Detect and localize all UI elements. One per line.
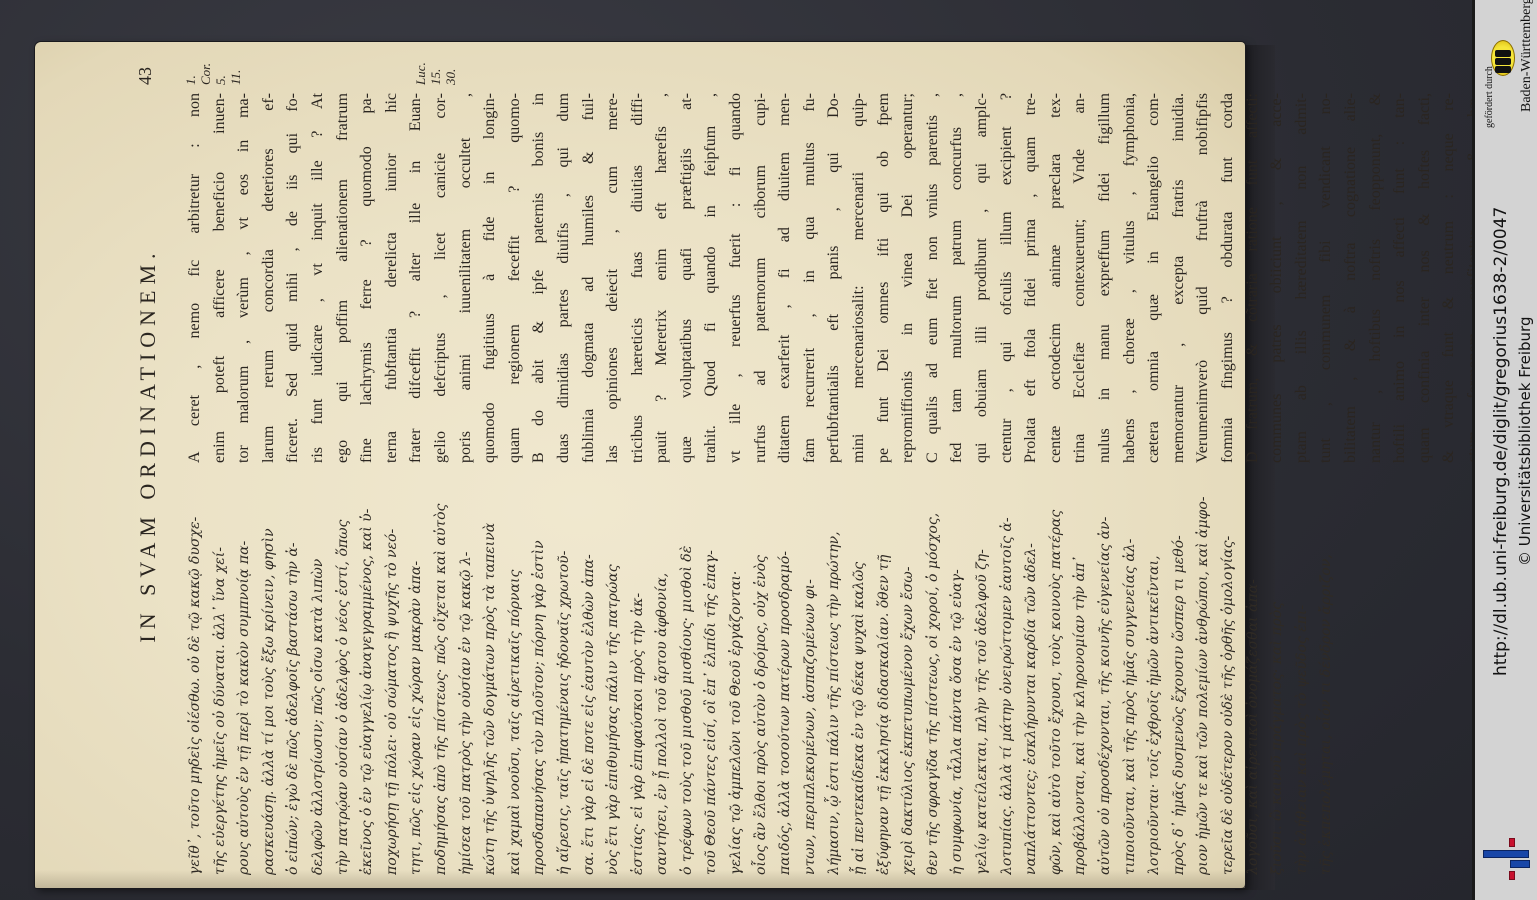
latin-text-line: enim poteft afficere beneficio inuen- — [208, 93, 233, 463]
greek-text-column: γεῖθ᾽, τοῦτο μηδεὶς οἰέσθω. οὐ δὲ τῷ κακ… — [183, 495, 1339, 875]
latin-text-line: quæ voluptatibus quafi præftigiis at- — [675, 93, 700, 463]
greek-text-line: ἑστίας· εἰ γὰρ ἐπιφαύσκοι πρὸς τὴν ἀκ- — [626, 495, 651, 875]
latin-text-column: A ceret , nemo fic arbitretur : nonenim … — [183, 93, 1537, 463]
greek-text-line: καὶ χαμαὶ νοοῦσι, ταῖς αἱρετικαῖς πόρναι… — [503, 495, 528, 875]
running-head: IN SVAM ORDINATIONEM. 43 — [135, 55, 169, 875]
latin-text-line: duas dimidias partes diuifis , qui dum — [552, 93, 577, 463]
latin-text-line: vt ille , reuerfus fuerit : fi quando — [724, 93, 749, 463]
greek-text-line: ὁ εἰπών; ἐγὼ δὲ πῶς ἀδελφοῖς βαστάσω τὴν… — [281, 495, 306, 875]
greek-text-line: σαντήσει, ἐν ᾗ πολλοὶ τοῦ ἄρτου ἀφθονία, — [650, 495, 675, 875]
latin-text-line: frater difceffit ? alter ille in Euan- — [404, 93, 429, 463]
latin-text-line: & vtraque funt & neutrum : neque re- — [1437, 93, 1462, 463]
greek-text-line: οἷος ἂν ἔλθοι πρὸς αὐτὸν ὁ δρόμος, οὐχ ἑ… — [749, 495, 774, 875]
latin-text-line: A ceret , nemo fic arbitretur : non — [183, 93, 208, 463]
greek-text-line: δελφῶν ἀλλοτρίωσιν; πῶς οἴσω κατὰ λιπὼν — [306, 495, 331, 875]
greek-text-line: ντων, περιπλεκομένων, ἀσπαζομένων φι- — [798, 495, 823, 875]
greek-text-line: προβάλλονται, καὶ τὴν κληρονομίαν τὴν ἀπ… — [1068, 495, 1093, 875]
latin-text-line: centæ octodecim animæ præclara tex- — [1044, 93, 1069, 463]
latin-text-line: tricibus hæreticis fuas diuitias diffi- — [626, 93, 651, 463]
latin-text-line: quam confinia inter nos & hoftes facti, — [1413, 93, 1438, 463]
funding-state-label: Baden-Württemberg — [1519, 0, 1535, 112]
latin-text-line: communes patres obiiciunt , & acce- — [1265, 93, 1290, 463]
latin-text-line: larum rerum concordia deteriores ef- — [257, 93, 282, 463]
latin-text-line: poris animi iuuenilitatem occultet , — [454, 93, 479, 463]
greek-text-line: πρὸς δ᾽ ἡμᾶς δυσμενῶς ἔχουσιν ὥσπερ τι μ… — [1167, 495, 1192, 875]
margin-note-luc: Luc. 15. 30. — [413, 55, 458, 85]
latin-text-line: las opiniones deiecit , cum mere- — [601, 93, 626, 463]
latin-text-line: fam recurrerit , in qua multus fu- — [798, 93, 823, 463]
latin-text-line: rurfus ad paternorum ciborum cupi- — [749, 93, 774, 463]
latin-text-line: tunt , communem fibi vendicant no- — [1314, 93, 1339, 463]
latin-text-line: fed tam multorum patrum concurfus , — [945, 93, 970, 463]
greek-text-line: λήμασιν, ᾧ ἐστι πάλιν τῆς πίστεως τὴν πρ… — [822, 495, 847, 875]
greek-text-line: γελίας τῷ ἀμπελῶνι τοῦ Θεοῦ ἐργάζονται· — [724, 495, 749, 875]
greek-text-line: τιποιοῦνται, καὶ τῆς πρὸς ἡμᾶς συγγενεία… — [1118, 495, 1143, 875]
greek-text-line: ρους αὐτοὺς ἐν τῇ περὶ τὸ κακὸν συμπνοίᾳ… — [232, 495, 257, 875]
greek-text-line: ἐξύφηναν τῇ ἐκκλησίᾳ διδασκαλίαν. ὅθεν τ… — [872, 495, 897, 875]
latin-text-line: habens , choreæ , vitulus , fymphonia, — [1118, 93, 1143, 463]
latin-text-line: repromiffionis in vinea Dei operantur; — [896, 93, 921, 463]
latin-text-line: ptam ab illis hæreditatem non admit- — [1290, 93, 1315, 463]
latin-text-line: pauit ? Meretrix enim eft hærefis , — [650, 93, 675, 463]
latin-text-line: Prolata eft ftola fidei prima , quam tre… — [1019, 93, 1044, 463]
greek-text-line: ἡ αἵρεσις, ταῖς ἡπατημέναις ἡδοναῖς χρωτ… — [552, 495, 577, 875]
latin-text-line: fublimia dogmata ad humiles & fuil- — [577, 93, 602, 463]
funding-label: gefördert durch — [1484, 66, 1495, 128]
greek-text-line: αὐτῶν οὐ προσδέχονται, τῆς κοινῆς εὐγενε… — [1093, 495, 1118, 875]
greek-text-line: τῆς εὐεργέτης ἡμεῖς οὐ δύναται. ἀλλ᾽ ἵνα… — [208, 495, 233, 875]
greek-text-line: ἡμίσεα τοῦ πατρὸς τὴν οὐσίαν ἐν τῷ κακῷ … — [454, 495, 479, 875]
latin-text-line: ditatem exarferit , fi ad diuitem men- — [773, 93, 798, 463]
greek-text-line: χειρὶ δακτύλιος ἐκπετυπωμένον ἔχων ἔσω- — [896, 495, 921, 875]
greek-text-line: τερεῖα δὲ οὐδέτερον οὐδὲ τῆς ὀρθῆς ὁμολο… — [1216, 495, 1241, 875]
latin-text-line: quomodo fugitiuus à fide in longin- — [478, 93, 503, 463]
greek-text-line: νὸς ἔτι γὰρ ἐπιθυμήσας πάλιν τῆς πατρώας — [601, 495, 626, 875]
greek-text-line: τητι, πῶς εἰς χώραν εἰς χώραν μακρὰν ἀπα… — [404, 495, 429, 875]
latin-text-line: C qualis ad eum fiet non vnius parentis … — [921, 93, 946, 463]
latin-text-line: qui obuiam illi prodibunt , qui amplc- — [970, 93, 995, 463]
greek-text-line: τῆς ἐκπεπολέμηται, οἷόν τι δένδρον ἄρριζ… — [1314, 495, 1339, 875]
latin-text-line: mini mercenariosalit: mercenarii quip- — [847, 93, 872, 463]
greek-text-line: τοῦ Θεοῦ πάντες εἰσί, οἳ ἐπ᾽ ἐλπίδι τῆς … — [699, 495, 724, 875]
latin-text-line: nulus in manu expreffum fidei figillum — [1093, 93, 1118, 463]
latin-text-line: trina Ecclefiæ contexuerunt; Vnde an- — [1068, 93, 1093, 463]
latin-text-line: ris funt iudicare , vt inquit ille ? At — [306, 93, 331, 463]
latin-text-line: pe funt Dei omnes ifti qui ob fpem — [872, 93, 897, 463]
latin-text-line: B do abit & ipfe paternis bonis in — [527, 93, 552, 463]
latin-text-line: ficeret. Sed quid mihi , de iis qui fo- — [281, 93, 306, 463]
page-number: 43 — [135, 67, 156, 85]
greek-text-line: ποδημήσας ἀπὸ τῆς πίστεως· πῶς οἴχεται κ… — [429, 495, 454, 875]
greek-text-line: ᾗ αἱ πεντεκαίδεκα ἐν τῷ δέκα ψυχαὶ καλῶς — [847, 495, 872, 875]
greek-text-line: γελίῳ κατείλεκται, πλὴν τῆς τοῦ ἀδελφοῦ … — [970, 495, 995, 875]
greek-text-line: λοτριοῦνται· τοῖς ἐχθροῖς ἡμῶν ἀντικεῖντ… — [1142, 495, 1167, 875]
greek-text-line: ποχωρήσῃ τῇ πόλει· οὐ σώματος ἢ ψυχῆς τὸ… — [380, 495, 405, 875]
greek-text-line: ρασκευάσῃ. ἀλλὰ τί μοι τοὺς ἔξω κρίνειν,… — [257, 495, 282, 875]
latin-text-line: gelio defcriptus , licet canicie cor- — [429, 93, 454, 463]
latin-text-line: memorantur , excepta fratris inuidia. — [1167, 93, 1192, 463]
greek-text-line: ἡ συμφωνία, τἆλλα πάντα ὅσα ἐν τῷ εὐαγ- — [945, 495, 970, 875]
margin-note-cor: 1. Cor. 5. 11. — [183, 55, 243, 85]
latin-text-line: hoftili animo in nos affecti funt : tan- — [1388, 93, 1413, 463]
greek-text-line: τὴν πατρῴαν οὐσίαν ὁ ἀδελφὸς ὁ νέος ἐστί… — [331, 495, 356, 875]
latin-text-line: cætera omnia quæ in Euangelio com- — [1142, 93, 1167, 463]
ub-freiburg-logo-icon — [1483, 838, 1531, 888]
greek-text-line: τὴν ἀλήθειαν καὶ πρὸς τὸ ψεῦδος ἐπι- — [1290, 495, 1315, 875]
latin-text-line: D fratrum, & cõtraria ratione funt affec… — [1241, 93, 1266, 463]
greek-text-line: ἐκεῖνος ὁ ἐν τῷ εὐαγγελίῳ ἀναγεγραμμένος… — [355, 495, 380, 875]
latin-text-line: nantur , hoftibus noftris feopponunt, & — [1364, 93, 1389, 463]
latin-text-line: tor malorum , verùm , vt eos in ma- — [232, 93, 257, 463]
greek-text-line: θεν τῆς σφραγῖδα τῆς πίστεως, οἱ χοροί, … — [921, 495, 946, 875]
greek-text-line: προσδαπανήσας τὸν πλοῦτον; πόρνη γὰρ ἐστ… — [527, 495, 552, 875]
latin-text-line: Verumenimverò quid fruftrà nobifipfis — [1191, 93, 1216, 463]
latin-text-line: bilitatem , & à noftra cognatione alie- — [1339, 93, 1364, 463]
greek-text-line: ναπλάττοντες; ἐσκλήρυνται καρδία τῶν ἀδε… — [1019, 495, 1044, 875]
page-title: IN SVAM ORDINATIONEM. — [135, 115, 161, 775]
greek-text-line: λογοῦσι, καὶ αἱρετικοὶ ὀνομάζεσθαι ἀπα- — [1241, 495, 1266, 875]
latin-text-line: terna fubftantia derelicta iunior hic — [380, 93, 405, 463]
latin-text-line: quam regionem feceffit ? quomo- — [503, 93, 528, 463]
latin-text-line: fomnia fingimus ? obdurata funt corda — [1216, 93, 1241, 463]
greek-text-line: ὁ τρέφων τοὺς τοῦ μισθοῦ μισθίους· μισθο… — [675, 495, 700, 875]
latin-text-line: fine lachrymis ferre ? quomodo pa- — [355, 93, 380, 463]
baden-wuerttemberg-coat-of-arms-icon — [1491, 40, 1515, 76]
latin-text-line: ctentur , qui ofculis illum excipient ? — [995, 93, 1020, 463]
greek-text-line: λοτυπίας. ἀλλὰ τί μάτην ὀνειρώττομεν ἑαυ… — [995, 495, 1020, 875]
greek-text-line: φῶν, καὶ αὐτὸ τοῦτο ἔχουσι, τοὺς κοινοὺς… — [1044, 495, 1069, 875]
copyright-notice: © Universitätsbibliothek Freiburg — [1516, 317, 1534, 566]
page-content-rotated: IN SVAM ORDINATIONEM. 43 γεῖθ᾽, τοῦτο μη… — [135, 55, 1285, 875]
greek-text-line: ριον ἡμῶν τε καὶ τῶν πολεμίων ἀνθρώποι, … — [1191, 495, 1216, 875]
latin-text-line: trahit. Quod fi quando in feipfum , — [699, 93, 724, 463]
greek-text-line: σα. ἔτι γὰρ εἰ δὲ ποτε εἰς ἑαυτὸν ἐλθὼν … — [577, 495, 602, 875]
latin-text-line: ego qui poffim alienationem fratrum — [331, 93, 356, 463]
greek-text-line: ξιοῦσι. ὢ καινοῦ πράγματος· καὶ πρὸς — [1265, 495, 1290, 875]
latin-text-line: perfubftantialis eft panis , qui Do- — [822, 93, 847, 463]
greek-text-line: κώτη τῆς ὑψηλῆς τῶν δογμάτων πρὸς τὰ ταπ… — [478, 495, 503, 875]
greek-text-line: γεῖθ᾽, τοῦτο μηδεὶς οἰέσθω. οὐ δὲ τῷ κακ… — [183, 495, 208, 875]
greek-text-line: παιδός, ἀλλὰ τοσούτων πατέρων προσδραμό- — [773, 495, 798, 875]
document-url-link[interactable]: http://dl.ub.uni-freiburg.de/diglit/greg… — [1491, 207, 1511, 676]
